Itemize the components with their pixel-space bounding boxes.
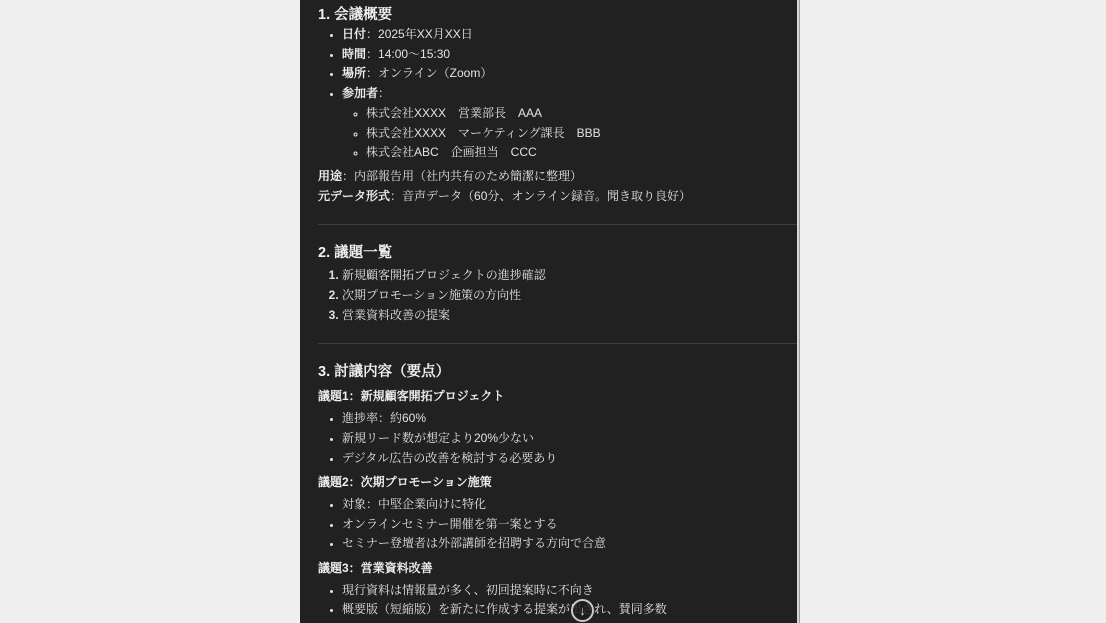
participant-item: 株式会社ABC 企画担当 CCC [366,143,787,163]
list-item: 参加者： 株式会社XXXX 営業部長 AAA 株式会社XXXX マーケティング課… [342,84,787,163]
topic-bullet: 進捗率：約60% [342,409,787,429]
scroll-down-icon: ↓ [571,599,594,622]
document-panel[interactable]: 1. 会議概要 日付：2025年XX月XX日 時間：14:00〜15:30 場所… [300,0,800,623]
topic2-list: 対象：中堅企業向けに特化 オンラインセミナー開催を第一案とする セミナー登壇者は… [318,495,787,554]
list-item: 場所：オンライン（Zoom） [342,64,787,84]
topic-bullet: オンラインセミナー開催を第一案とする [342,515,787,535]
list-item: 時間：14:00〜15:30 [342,45,787,65]
topic2-title: 議題2：次期プロモーション施策 [318,473,787,493]
topic-bullet: セミナー登壇者は外部講師を招聘する方向で合意 [342,534,787,554]
agenda-list: 新規顧客開拓プロジェクトの進捗確認 次期プロモーション施策の方向性 営業資料改善… [318,266,787,325]
agenda-item: 営業資料改善の提案 [342,306,787,326]
topic3-title: 議題3：営業資料改善 [318,559,787,579]
topic-bullet: 新規リード数が想定より20%少ない [342,429,787,449]
down-arrow-glyph: ↓ [579,604,586,617]
section-divider [318,224,799,225]
list-item: 日付：2025年XX月XX日 [342,25,787,45]
topic-bullet: 現行資料は情報量が多く、初回提案時に不向き [342,581,787,601]
topic-bullet: 概要版（短縮版）を新たに作成する提案が出され、賛同多数 [342,600,787,620]
section2-heading: 2. 議題一覧 [318,243,787,263]
section1-heading: 1. 会議概要 [318,5,787,25]
scrollbar[interactable] [797,0,799,623]
agenda-item: 新規顧客開拓プロジェクトの進捗確認 [342,266,787,286]
usage-line: 用途：内部報告用（社内共有のため簡潔に整理） [318,167,787,187]
source-data-line: 元データ形式：音声データ（60分、オンライン録音。聞き取り良好） [318,187,787,207]
section3-heading: 3. 討議内容（要点） [318,362,787,382]
topic1-title: 議題1：新規顧客開拓プロジェクト [318,387,787,407]
topic1-list: 進捗率：約60% 新規リード数が想定より20%少ない デジタル広告の改善を検討す… [318,409,787,468]
overview-list: 日付：2025年XX月XX日 時間：14:00〜15:30 場所：オンライン（Z… [318,25,787,163]
topic-bullet: 対象：中堅企業向けに特化 [342,495,787,515]
participant-item: 株式会社XXXX 営業部長 AAA [366,104,787,124]
topic-bullet: デジタル広告の改善を検討する必要あり [342,449,787,469]
participants-list: 株式会社XXXX 営業部長 AAA 株式会社XXXX マーケティング課長 BBB… [342,104,787,163]
meta-block: 用途：内部報告用（社内共有のため簡潔に整理） 元データ形式：音声データ（60分、… [318,167,787,206]
section-divider [318,343,799,344]
document-content: 1. 会議概要 日付：2025年XX月XX日 時間：14:00〜15:30 場所… [300,0,799,620]
topic3-list: 現行資料は情報量が多く、初回提案時に不向き 概要版（短縮版）を新たに作成する提案… [318,581,787,620]
agenda-item: 次期プロモーション施策の方向性 [342,286,787,306]
participant-item: 株式会社XXXX マーケティング課長 BBB [366,124,787,144]
